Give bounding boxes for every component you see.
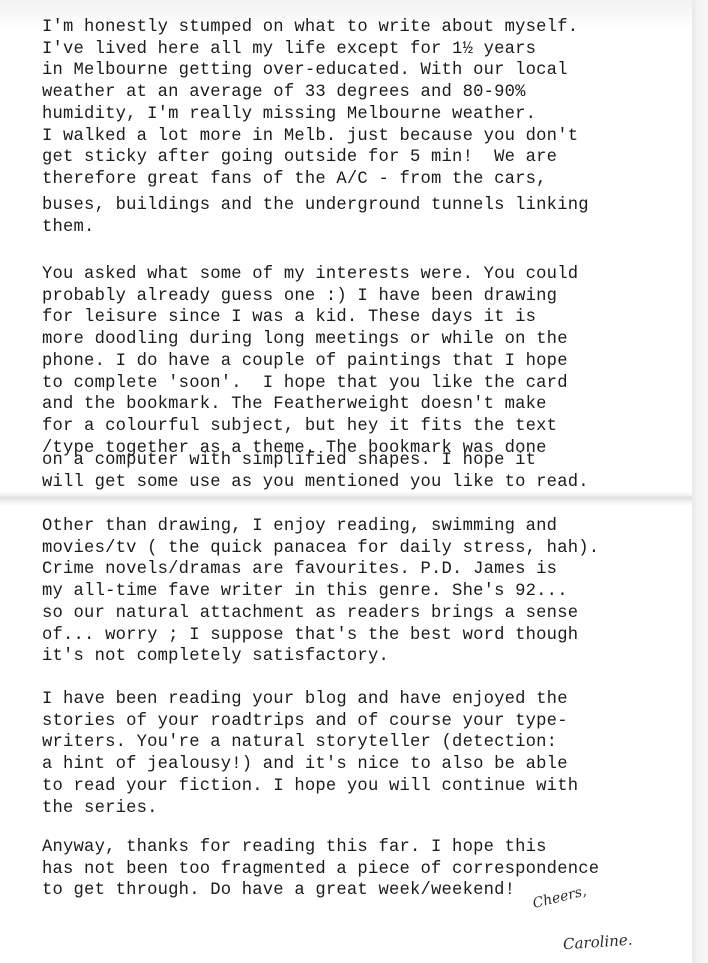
text-line: to complete 'soon'. I hope that you like… xyxy=(42,374,568,394)
text-line: Crime novels/dramas are favourites. P.D.… xyxy=(42,560,557,580)
text-line: Other than drawing, I enjoy reading, swi… xyxy=(42,517,557,537)
scan-edge xyxy=(692,0,708,963)
text-line: a hint of jealousy!) and it's nice to al… xyxy=(42,755,568,775)
text-line: phone. I do have a couple of paintings t… xyxy=(42,352,568,372)
text-line: has not been too fragmented a piece of c… xyxy=(42,860,599,880)
text-line: it's not completely satisfactory. xyxy=(42,647,389,667)
text-line: You asked what some of my interests were… xyxy=(42,265,578,285)
text-line: of... worry ; I suppose that's the best … xyxy=(42,626,578,646)
text-line: will get some use as you mentioned you l… xyxy=(42,473,589,493)
text-line: in Melbourne getting over-educated. With… xyxy=(42,61,568,81)
text-line: them. xyxy=(42,218,95,238)
text-line: more doodling during long meetings or wh… xyxy=(42,330,568,350)
text-line: I have been reading your blog and have e… xyxy=(42,690,568,710)
text-line: therefore great fans of the A/C - from t… xyxy=(42,170,547,190)
text-line: Anyway, thanks for reading this far. I h… xyxy=(42,838,547,858)
text-line: on a computer with simplified shapes. I … xyxy=(42,451,536,471)
text-line: so our natural attachment as readers bri… xyxy=(42,604,578,624)
text-line: weather at an average of 33 degrees and … xyxy=(42,83,526,103)
text-line: writers. You're a natural storyteller (d… xyxy=(42,733,557,753)
text-line: get sticky after going outside for 5 min… xyxy=(42,148,557,168)
text-line: I'm honestly stumped on what to write ab… xyxy=(42,18,578,38)
text-line: buses, buildings and the underground tun… xyxy=(42,196,589,216)
text-line: stories of your roadtrips and of course … xyxy=(42,712,568,732)
text-line: my all-time fave writer in this genre. S… xyxy=(42,582,568,602)
text-line: probably already guess one :) I have bee… xyxy=(42,287,557,307)
paper-fold-line xyxy=(0,492,692,506)
text-line: the series. xyxy=(42,799,158,819)
text-line: to read your fiction. I hope you will co… xyxy=(42,777,578,797)
text-line: humidity, I'm really missing Melbourne w… xyxy=(42,105,536,125)
text-line: I walked a lot more in Melb. just becaus… xyxy=(42,127,578,147)
letter-page: I'm honestly stumped on what to write ab… xyxy=(0,0,708,963)
text-line: for leisure since I was a kid. These day… xyxy=(42,308,536,328)
signature-closing: Cheers, xyxy=(531,883,588,912)
text-line: to get through. Do have a great week/wee… xyxy=(42,881,515,901)
text-line: and the bookmark. The Featherweight does… xyxy=(42,395,547,415)
text-line: I've lived here all my life except for 1… xyxy=(42,40,536,60)
signature-name: Caroline. xyxy=(562,931,633,954)
text-line: movies/tv ( the quick panacea for daily … xyxy=(42,539,599,559)
text-line: for a colourful subject, but hey it fits… xyxy=(42,417,557,437)
